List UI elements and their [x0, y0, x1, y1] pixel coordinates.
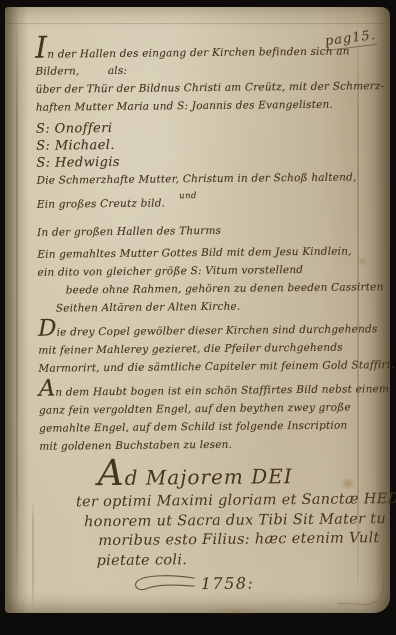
manuscript-line: mit goldenen Buchstaben zu lesen.: [39, 434, 375, 456]
manuscript-line: Die Schmerzhafte Mutter, Christum in der…: [36, 168, 372, 190]
year-row: 1758:: [131, 570, 377, 595]
latin-inscription: Ad Majorem DEI ter optimi Maximi gloriam…: [40, 460, 377, 596]
manuscript-line: beede ohne Rahmen, gehören zu denen beed…: [38, 278, 374, 300]
manuscript-line: Ein gemahltes Mutter Gottes Bild mit dem…: [37, 242, 373, 264]
manuscript-line: haften Mutter Maria und S: Joannis des E…: [36, 95, 372, 117]
photo-background: pag15. In der Hallen des eingang der Kir…: [0, 0, 396, 635]
inscription-line: ter optimi Maximi gloriam et Sanctæ HEDW…: [76, 490, 376, 513]
inscription-line: moribus esto Filius: hæc etenim Vult: [98, 529, 376, 551]
interlinear-insertion: und: [179, 191, 197, 201]
bottom-left-crease: [32, 499, 34, 609]
inscription-line: pietate coli.: [96, 549, 376, 571]
manuscript-line: In der großen Hallen des Thurms: [37, 220, 373, 242]
stain: [205, 607, 265, 616]
manuscript-line: In der Hallen des eingang der Kirchen be…: [35, 41, 371, 63]
manuscript-line: Marmorirt, und die sämtliche Capiteler m…: [38, 356, 374, 378]
manuscript-line: gemahlte Engel, auf dem Schild ist folge…: [39, 416, 375, 438]
year-label: 1758:: [201, 573, 255, 593]
manuscript-line: Seithen Altären der Alten Kirche.: [38, 296, 374, 318]
manuscript-text: In der Hallen des eingang der Kirchen be…: [35, 41, 377, 595]
pen-flourish-icon: [131, 572, 197, 595]
inscription-heading: Ad Majorem DEI: [98, 460, 376, 493]
manuscript-page: pag15. In der Hallen des eingang der Kir…: [5, 7, 390, 613]
top-crease: [5, 23, 390, 24]
manuscript-line-text: Ein großes Creutz bild.: [37, 197, 165, 210]
left-fold-crease: [16, 7, 18, 613]
manuscript-line: Ein großes Creutz bild.und: [37, 192, 373, 214]
